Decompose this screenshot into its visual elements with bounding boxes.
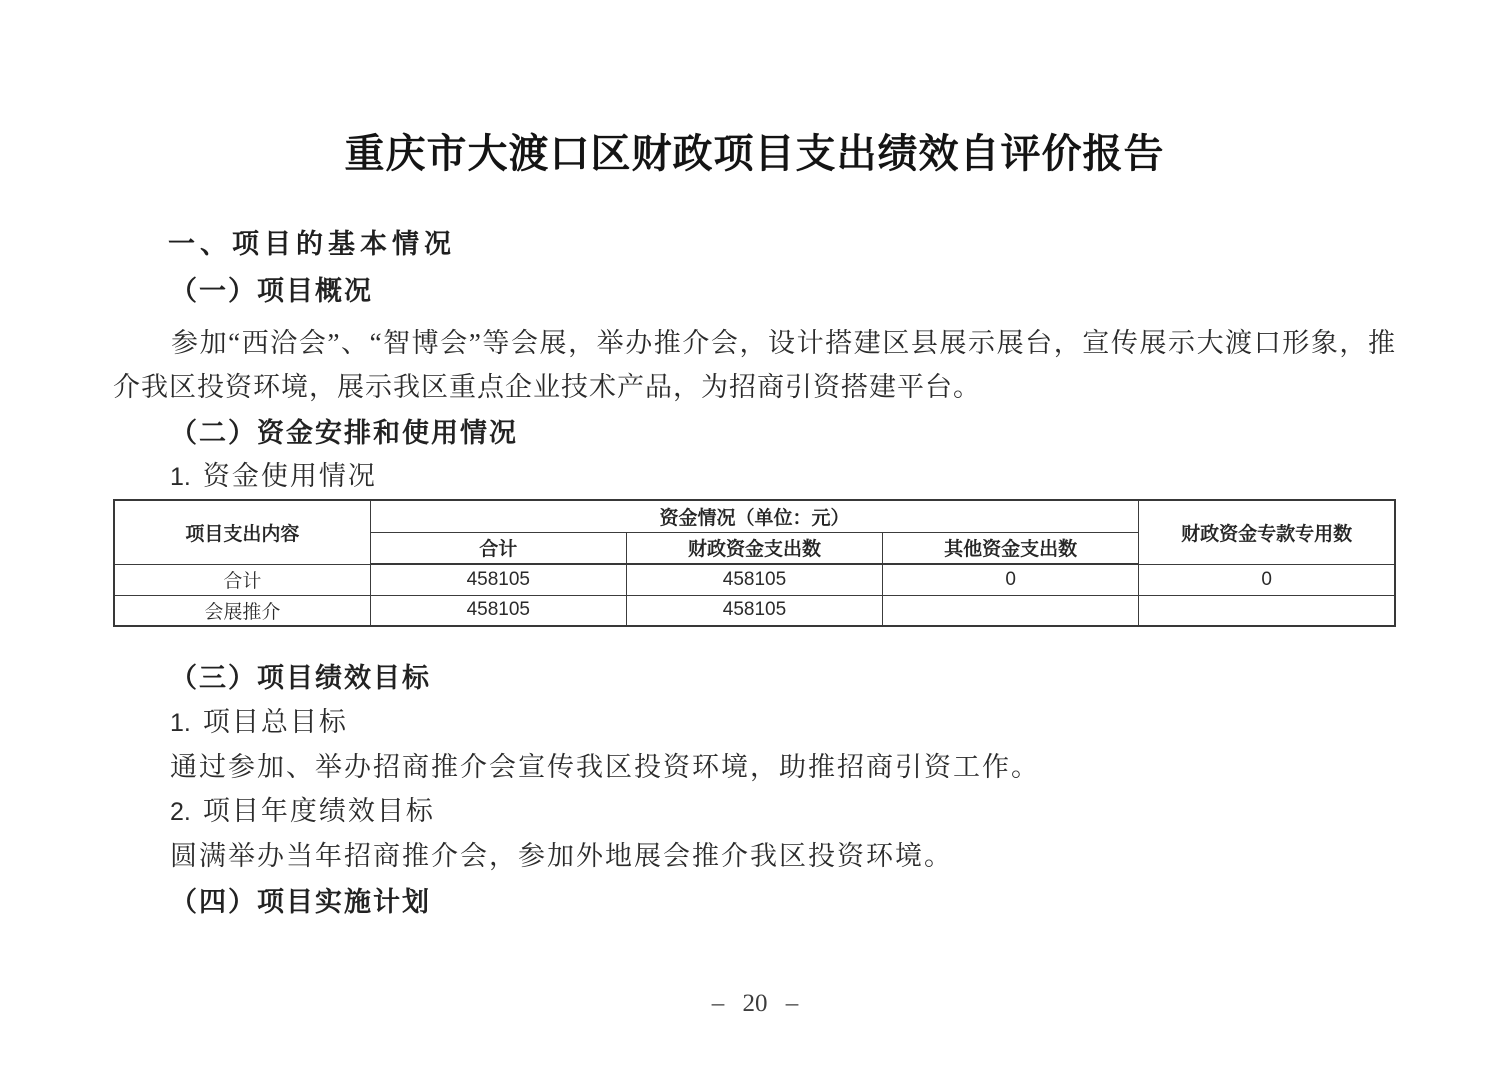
col-header-other-expenditure: 其他资金支出数 (883, 532, 1139, 564)
cell-total: 458105 (370, 595, 626, 626)
cell-other (883, 595, 1139, 626)
table-row-total: 合计 458105 458105 0 0 (114, 564, 1395, 595)
subsection-heading-project-overview: （一）项目概况 (170, 274, 1396, 308)
cell-special: 0 (1139, 564, 1395, 595)
subsection-heading-performance-goals: （三）项目绩效目标 (170, 661, 1396, 695)
cell-row-label: 会展推介 (114, 595, 370, 626)
cell-special (1139, 595, 1395, 626)
item-fund-usage: 1.资金使用情况 (170, 459, 1396, 494)
document-page: 重庆市大渡口区财政项目支出绩效自评价报告 一、项目的基本情况 （一）项目概况 参… (0, 0, 1510, 1075)
col-header-expenditure-content: 项目支出内容 (114, 500, 370, 564)
fund-usage-table: 项目支出内容 资金情况（单位：元） 财政资金专款专用数 合计 财政资金支出数 其… (113, 499, 1396, 627)
page-number: – 20 – (0, 990, 1510, 1018)
col-header-total: 合计 (370, 532, 626, 564)
item-text: 资金使用情况 (203, 461, 377, 491)
cell-row-label: 合计 (114, 564, 370, 595)
table-row-exhibition: 会展推介 458105 458105 (114, 595, 1395, 626)
col-header-fiscal-expenditure: 财政资金支出数 (626, 532, 882, 564)
item-number: 1. (170, 709, 191, 737)
document-content: 重庆市大渡口区财政项目支出绩效自评价报告 一、项目的基本情况 （一）项目概况 参… (0, 0, 1510, 919)
cell-other: 0 (883, 564, 1139, 595)
document-title: 重庆市大渡口区财政项目支出绩效自评价报告 (113, 130, 1396, 178)
table-header-row-1: 项目支出内容 资金情况（单位：元） 财政资金专款专用数 (114, 500, 1395, 532)
cell-fiscal: 458105 (626, 595, 882, 626)
col-header-special-fund: 财政资金专款专用数 (1139, 500, 1395, 564)
item-number: 1. (170, 463, 191, 491)
subsection-heading-implementation-plan: （四）项目实施计划 (170, 885, 1396, 919)
cell-fiscal: 458105 (626, 564, 882, 595)
section-heading-basic-info: 一、项目的基本情况 (168, 228, 1396, 261)
item-text: 项目年度绩效目标 (203, 796, 435, 826)
item-annual-goal: 2.项目年度绩效目标 (170, 794, 1396, 829)
subsection-heading-fund-arrangement: （二）资金安排和使用情况 (170, 416, 1396, 450)
col-header-fund-situation-group: 资金情况（单位：元） (370, 500, 1139, 532)
cell-total: 458105 (370, 564, 626, 595)
project-overview-paragraph: 参加“西洽会”、“智博会”等会展，举办推介会，设计搭建区县展示展台，宣传展示大渡… (113, 321, 1396, 409)
overall-goal-paragraph: 通过参加、举办招商推介会宣传我区投资环境，助推招商引资工作。 (170, 750, 1396, 784)
item-text: 项目总目标 (203, 707, 348, 737)
annual-goal-paragraph: 圆满举办当年招商推介会，参加外地展会推介我区投资环境。 (170, 839, 1396, 873)
item-overall-goal: 1.项目总目标 (170, 705, 1396, 740)
item-number: 2. (170, 798, 191, 826)
